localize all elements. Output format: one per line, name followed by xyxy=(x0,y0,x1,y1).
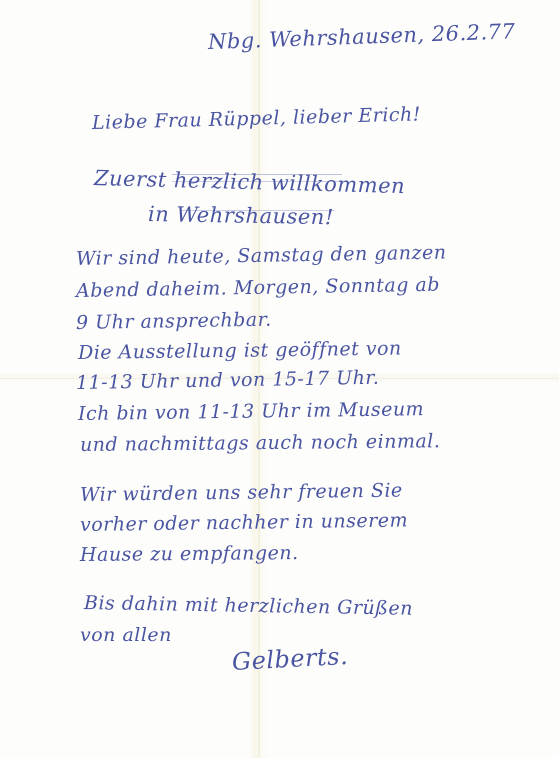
salutation: Liebe Frau Rüppel, lieber Erich! xyxy=(92,103,421,134)
text-line: Wir würden uns sehr freuen Sie xyxy=(80,479,403,506)
text-line: Ich bin von 11-13 Uhr im Museum xyxy=(78,398,424,425)
signature: Gelberts. xyxy=(231,642,348,676)
closing-line: von allen xyxy=(80,624,172,646)
text-line: Wir sind heute, Samstag den ganzen xyxy=(76,242,447,270)
text-line: und nachmittags auch noch einmal. xyxy=(80,430,441,456)
text-line: 9 Uhr ansprechbar. xyxy=(76,309,272,334)
place-date: Nbg. Wehrshausen, 26.2.77 xyxy=(208,19,516,54)
letter-paper: Nbg. Wehrshausen, 26.2.77 Liebe Frau Rüp… xyxy=(0,0,559,758)
text-line: 11-13 Uhr und von 15-17 Uhr. xyxy=(76,367,380,394)
closing-line: Bis dahin mit herzlichen Grüßen xyxy=(84,592,413,620)
text-line: Die Ausstellung ist geöffnet von xyxy=(78,337,402,364)
text-line: vorher oder nachher in unserem xyxy=(80,509,408,536)
welcome-line: in Wehrshausen! xyxy=(148,202,334,229)
text-line: Abend daheim. Morgen, Sonntag ab xyxy=(76,274,440,302)
text-line: Hause zu empfangen. xyxy=(80,542,299,566)
welcome-line: Zuerst herzlich willkommen xyxy=(94,166,406,198)
